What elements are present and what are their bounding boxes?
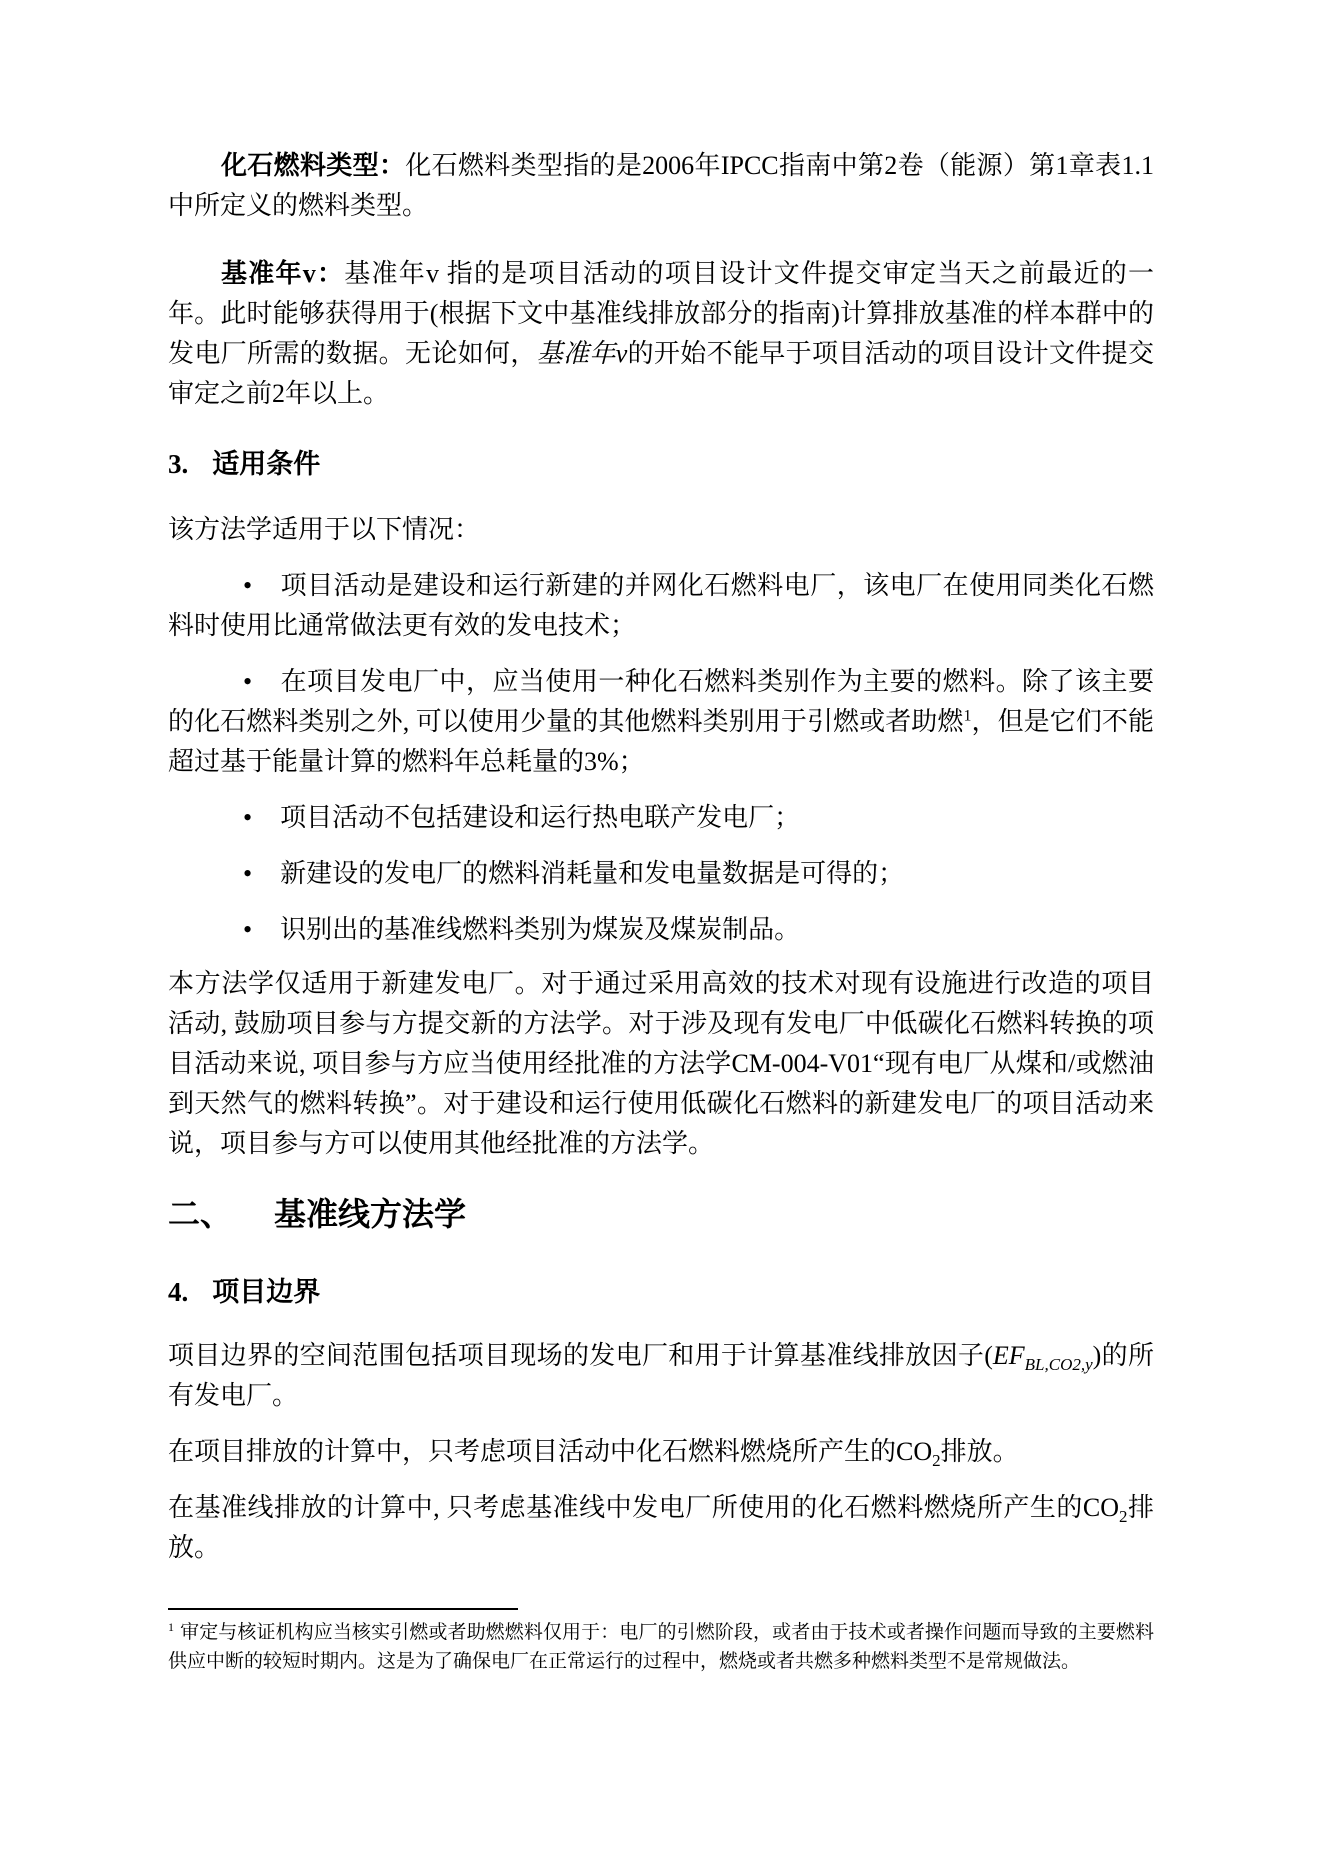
applicability-bullet-1: •项目活动是建设和运行新建的并网化石燃料电厂，该电厂在使用同类化石燃料时使用比通… [168, 566, 1154, 646]
baseline-emissions-text-part1: 在基准线排放的计算中, 只考虑基准线中发电厂所使用的化石燃料燃烧所产生的CO [168, 1493, 1119, 1522]
applicability-bullet-5-text: 识别出的基准线燃料类别为煤炭及煤炭制品。 [280, 915, 800, 944]
applicability-bullet-1-text: 项目活动是建设和运行新建的并网化石燃料电厂，该电厂在使用同类化石燃料时使用比通常… [168, 571, 1154, 640]
baseline-emissions-paragraph: 在基准线排放的计算中, 只考虑基准线中发电厂所使用的化石燃料燃烧所产生的CO2排… [168, 1488, 1154, 1568]
definition-term-base-year: 基准年v： [221, 259, 344, 288]
applicability-bullet-3-text: 项目活动不包括建设和运行热电联产发电厂； [280, 803, 800, 832]
emission-factor-formula: EF [993, 1341, 1025, 1370]
heading-baseline-title: 基准线方法学 [274, 1196, 466, 1232]
footnote-1: 1审定与核证机构应当核实引燃或者助燃燃料仅用于：电厂的引燃阶段，或者由于技术或者… [168, 1618, 1154, 1676]
heading-applicability-title: 适用条件 [212, 449, 320, 479]
footnote-number: 1 [168, 1620, 174, 1634]
footnote-text: 审定与核证机构应当核实引燃或者助燃燃料仅用于：电厂的引燃阶段，或者由于技术或者操… [168, 1622, 1154, 1672]
bullet-icon: • [243, 571, 252, 600]
emission-factor-subscript: BL,CO2,y [1025, 1355, 1093, 1374]
definition-term-fossil-fuel-type: 化石燃料类型： [221, 151, 405, 180]
applicability-bullet-4: •新建设的发电厂的燃料消耗量和发电量数据是可得的； [168, 854, 1154, 894]
base-year-italic-phrase: 基准年v [537, 339, 628, 368]
boundary-scope-text-part1: 项目边界的空间范围包括项目现场的发电厂和用于计算基准线排放因子( [168, 1341, 993, 1370]
bullet-icon: • [243, 859, 252, 888]
applicability-bullet-3: •项目活动不包括建设和运行热电联产发电厂； [168, 798, 1154, 838]
heading-applicability-number: 3. [168, 449, 188, 479]
applicability-closing-paragraph: 本方法学仅适用于新建发电厂。对于通过采用高效的技术对现有设施进行改造的项目活动,… [168, 964, 1154, 1164]
applicability-bullet-2: •在项目发电厂中，应当使用一种化石燃料类别作为主要的燃料。除了该主要的化石燃料类… [168, 662, 1154, 782]
heading-project-boundary-title: 项目边界 [212, 1277, 320, 1307]
bullet-icon: • [243, 915, 252, 944]
document-content: 化石燃料类型：化石燃料类型指的是2006年IPCC指南中第2卷（能源）第1章表1… [168, 146, 1154, 1584]
definition-fossil-fuel-type: 化石燃料类型：化石燃料类型指的是2006年IPCC指南中第2卷（能源）第1章表1… [168, 146, 1154, 226]
footnote-separator-rule [168, 1608, 518, 1610]
project-emissions-text-part2: 排放。 [941, 1437, 1019, 1466]
project-emissions-text-part1: 在项目排放的计算中，只考虑项目活动中化石燃料燃烧所产生的CO [168, 1437, 932, 1466]
heading-baseline-methodology: 二、基准线方法学 [168, 1192, 1154, 1236]
bullet-icon: • [243, 803, 252, 832]
heading-applicability-conditions: 3.适用条件 [168, 444, 1154, 484]
applicability-bullet-4-text: 新建设的发电厂的燃料消耗量和发电量数据是可得的； [280, 859, 904, 888]
heading-project-boundary-number: 4. [168, 1277, 188, 1307]
applicability-intro: 该方法学适用于以下情况： [168, 510, 1154, 550]
document-page: 化石燃料类型：化石燃料类型指的是2006年IPCC指南中第2卷（能源）第1章表1… [0, 0, 1323, 1871]
project-boundary-scope-paragraph: 项目边界的空间范围包括项目现场的发电厂和用于计算基准线排放因子(EFBL,CO2… [168, 1336, 1154, 1416]
heading-project-boundary: 4.项目边界 [168, 1272, 1154, 1312]
heading-baseline-number: 二、 [168, 1196, 232, 1232]
bullet-icon: • [243, 667, 252, 696]
applicability-bullet-5: •识别出的基准线燃料类别为煤炭及煤炭制品。 [168, 910, 1154, 950]
co2-subscript: 2 [932, 1451, 941, 1470]
project-emissions-paragraph: 在项目排放的计算中，只考虑项目活动中化石燃料燃烧所产生的CO2排放。 [168, 1432, 1154, 1472]
definition-base-year: 基准年v：基准年v 指的是项目活动的项目设计文件提交审定当天之前最近的一年。此时… [168, 254, 1154, 414]
footnote-area: 1审定与核证机构应当核实引燃或者助燃燃料仅用于：电厂的引燃阶段，或者由于技术或者… [168, 1608, 1154, 1676]
